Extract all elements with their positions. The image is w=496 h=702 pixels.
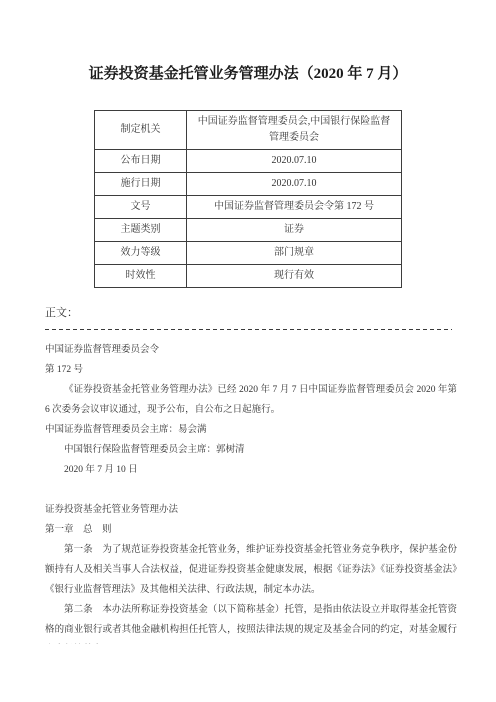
row-label: 公布日期 <box>95 150 187 173</box>
body-section-label: 正文： <box>45 306 496 320</box>
table-row: 施行日期2020.07.10 <box>95 173 402 196</box>
body-paragraph: 中国银行保险监督管理委员会主席：郭树清 <box>45 440 457 460</box>
body-paragraph: 证券投资基金托管业务管理办法 <box>45 500 457 520</box>
dashed-divider <box>45 329 452 330</box>
metadata-table: 制定机关中国证券监督管理委员会,中国银行保险监督管理委员会公布日期2020.07… <box>94 110 402 288</box>
table-row: 文号中国证券监督管理委员会令第 172 号 <box>95 196 402 219</box>
document-page: 证券投资基金托管业务管理办法（2020 年 7 月） 制定机关中国证券监督管理委… <box>0 0 496 702</box>
table-row: 效力等级部门规章 <box>95 242 402 265</box>
table-row: 公布日期2020.07.10 <box>95 150 402 173</box>
row-value: 2020.07.10 <box>187 173 402 196</box>
table-row: 制定机关中国证券监督管理委员会,中国银行保险监督管理委员会 <box>95 111 402 150</box>
row-label: 施行日期 <box>95 173 187 196</box>
body-paragraph <box>45 480 457 500</box>
row-label: 文号 <box>95 196 187 219</box>
document-title: 证券投资基金托管业务管理办法（2020 年 7 月） <box>0 0 496 84</box>
body-paragraph: 第一条 为了规范证券投资基金托管业务，维护证券投资基金托管业务竞争秩序，保护基金… <box>45 540 457 600</box>
body-paragraph: 中国证券监督管理委员会主席：易会满 <box>45 420 457 440</box>
row-value: 2020.07.10 <box>187 150 402 173</box>
row-value: 证券 <box>187 219 402 242</box>
metadata-table-body: 制定机关中国证券监督管理委员会,中国银行保险监督管理委员会公布日期2020.07… <box>95 111 402 288</box>
document-body: 中国证券监督管理委员会令第 172 号《证券投资基金托管业务管理办法》已经 20… <box>45 340 457 644</box>
row-value: 中国证券监督管理委员会,中国银行保险监督管理委员会 <box>187 111 402 150</box>
table-row: 主题类别证券 <box>95 219 402 242</box>
body-paragraph: 《证券投资基金托管业务管理办法》已经 2020 年 7 月 7 日中国证券监督管… <box>45 380 457 420</box>
body-paragraph: 第二条 本办法所称证券投资基金（以下简称基金）托管，是指由依法设立并取得基金托管… <box>45 600 457 644</box>
body-paragraph: 第 172 号 <box>45 360 457 380</box>
row-label: 制定机关 <box>95 111 187 150</box>
row-value: 现行有效 <box>187 265 402 288</box>
row-value: 部门规章 <box>187 242 402 265</box>
body-paragraph: 第一章 总 则 <box>45 520 457 540</box>
row-label: 时效性 <box>95 265 187 288</box>
row-label: 效力等级 <box>95 242 187 265</box>
row-value: 中国证券监督管理委员会令第 172 号 <box>187 196 402 219</box>
body-paragraph: 2020 年 7 月 10 日 <box>45 460 457 480</box>
table-row: 时效性现行有效 <box>95 265 402 288</box>
row-label: 主题类别 <box>95 219 187 242</box>
body-paragraph: 中国证券监督管理委员会令 <box>45 340 457 360</box>
